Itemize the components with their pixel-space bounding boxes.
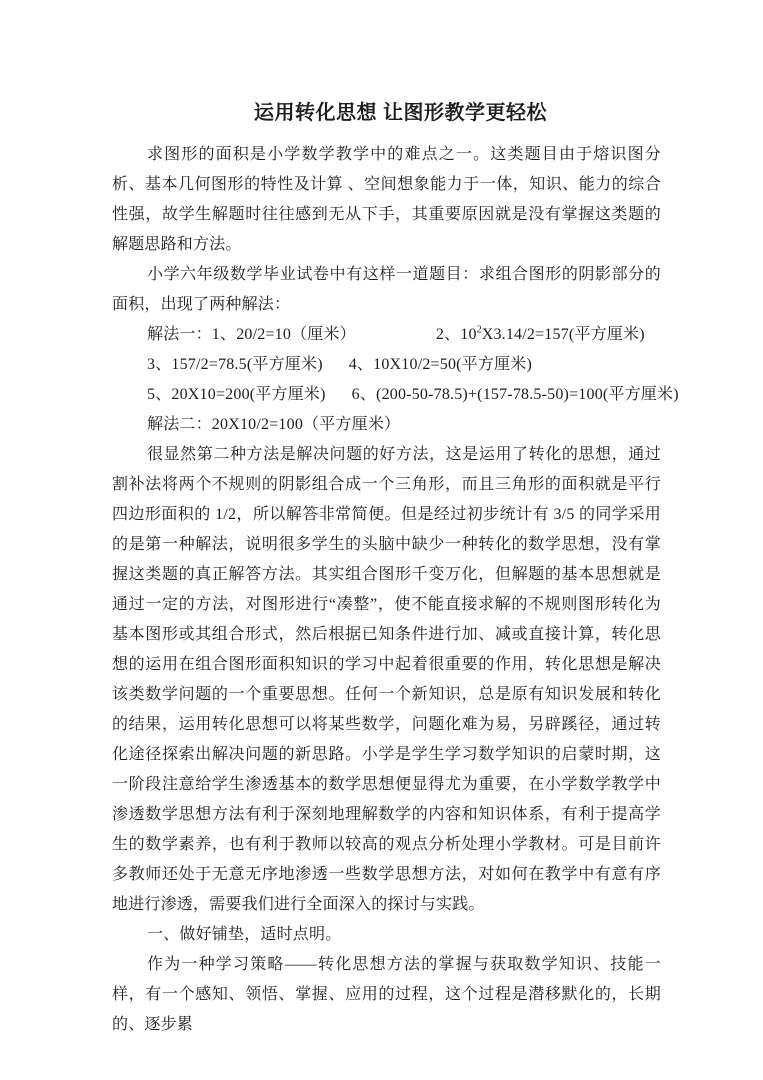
intro-paragraph: 求图形的面积是小学数学教学中的难点之一。这类题目由于熔识图分析、基本几何图形的特… — [112, 140, 661, 260]
section-heading-1: 一、做好铺垫，适时点明。 — [112, 920, 661, 950]
solution1-step1: 解法一：1、20/2=10（厘米） — [147, 326, 356, 343]
solution2-line: 解法二：20X10/2=100（平方厘米） — [112, 410, 661, 440]
solution1-line3: 5、20X10=200(平方厘米)6、(200-50-78.5)+(157-78… — [112, 380, 661, 410]
solution1-line1: 解法一：1、20/2=10（厘米）2、102X3.14/2=157(平方厘米) — [112, 320, 661, 350]
section1-paragraph: 作为一种学习策略——转化思想方法的掌握与获取数学知识、技能一样，有一个感知、领悟… — [112, 950, 661, 1040]
document-page: 运用转化思想 让图形教学更轻松 求图形的面积是小学数学教学中的难点之一。这类题目… — [0, 0, 763, 1080]
solution1-step5: 5、20X10=200(平方厘米) — [147, 386, 326, 403]
solution1-step3: 3、157/2=78.5(平方厘米) — [147, 356, 323, 373]
solution1-line2: 3、157/2=78.5(平方厘米)4、10X10/2=50(平方厘米) — [112, 350, 661, 380]
solution1-step2-rest: X3.14/2=157(平方厘米) — [482, 326, 645, 343]
document-title: 运用转化思想 让图形教学更轻松 — [126, 100, 675, 126]
solution1-step4: 4、10X10/2=50(平方厘米) — [349, 356, 532, 373]
solution1-step6: 6、(200-50-78.5)+(157-78.5-50)=100(平方厘米) — [352, 386, 679, 403]
discussion-paragraph: 很显然第二种方法是解决问题的好方法，这是运用了转化的思想，通过割补法将两个不规则… — [112, 440, 661, 920]
problem-statement-paragraph: 小学六年级数学毕业试卷中有这样一道题目：求组合图形的阴影部分的面积，出现了两种解… — [112, 260, 661, 320]
solution1-step2-base: 2、10 — [436, 326, 477, 343]
